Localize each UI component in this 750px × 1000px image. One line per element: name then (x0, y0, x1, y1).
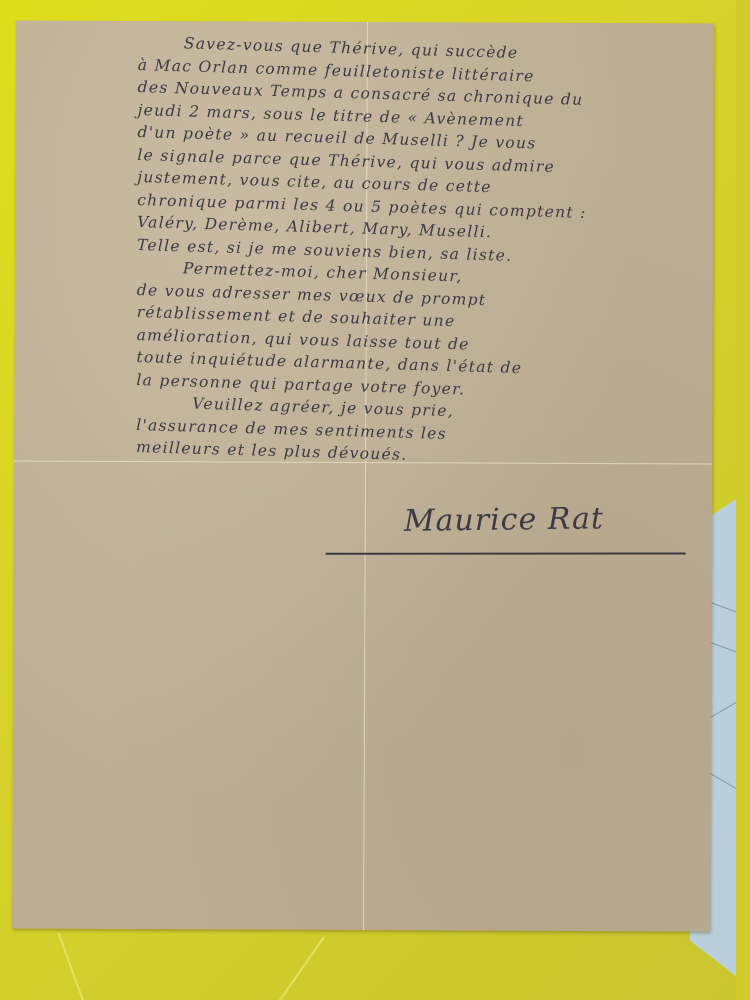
yellow-edge-strip (736, 0, 750, 1000)
signature: Maurice Rat (404, 501, 605, 539)
signature-underline (326, 552, 686, 554)
handwritten-letter-body: Savez-vous que Thérive, qui succède à Ma… (136, 31, 698, 461)
letter-paper: Savez-vous que Thérive, qui succède à Ma… (12, 20, 714, 931)
